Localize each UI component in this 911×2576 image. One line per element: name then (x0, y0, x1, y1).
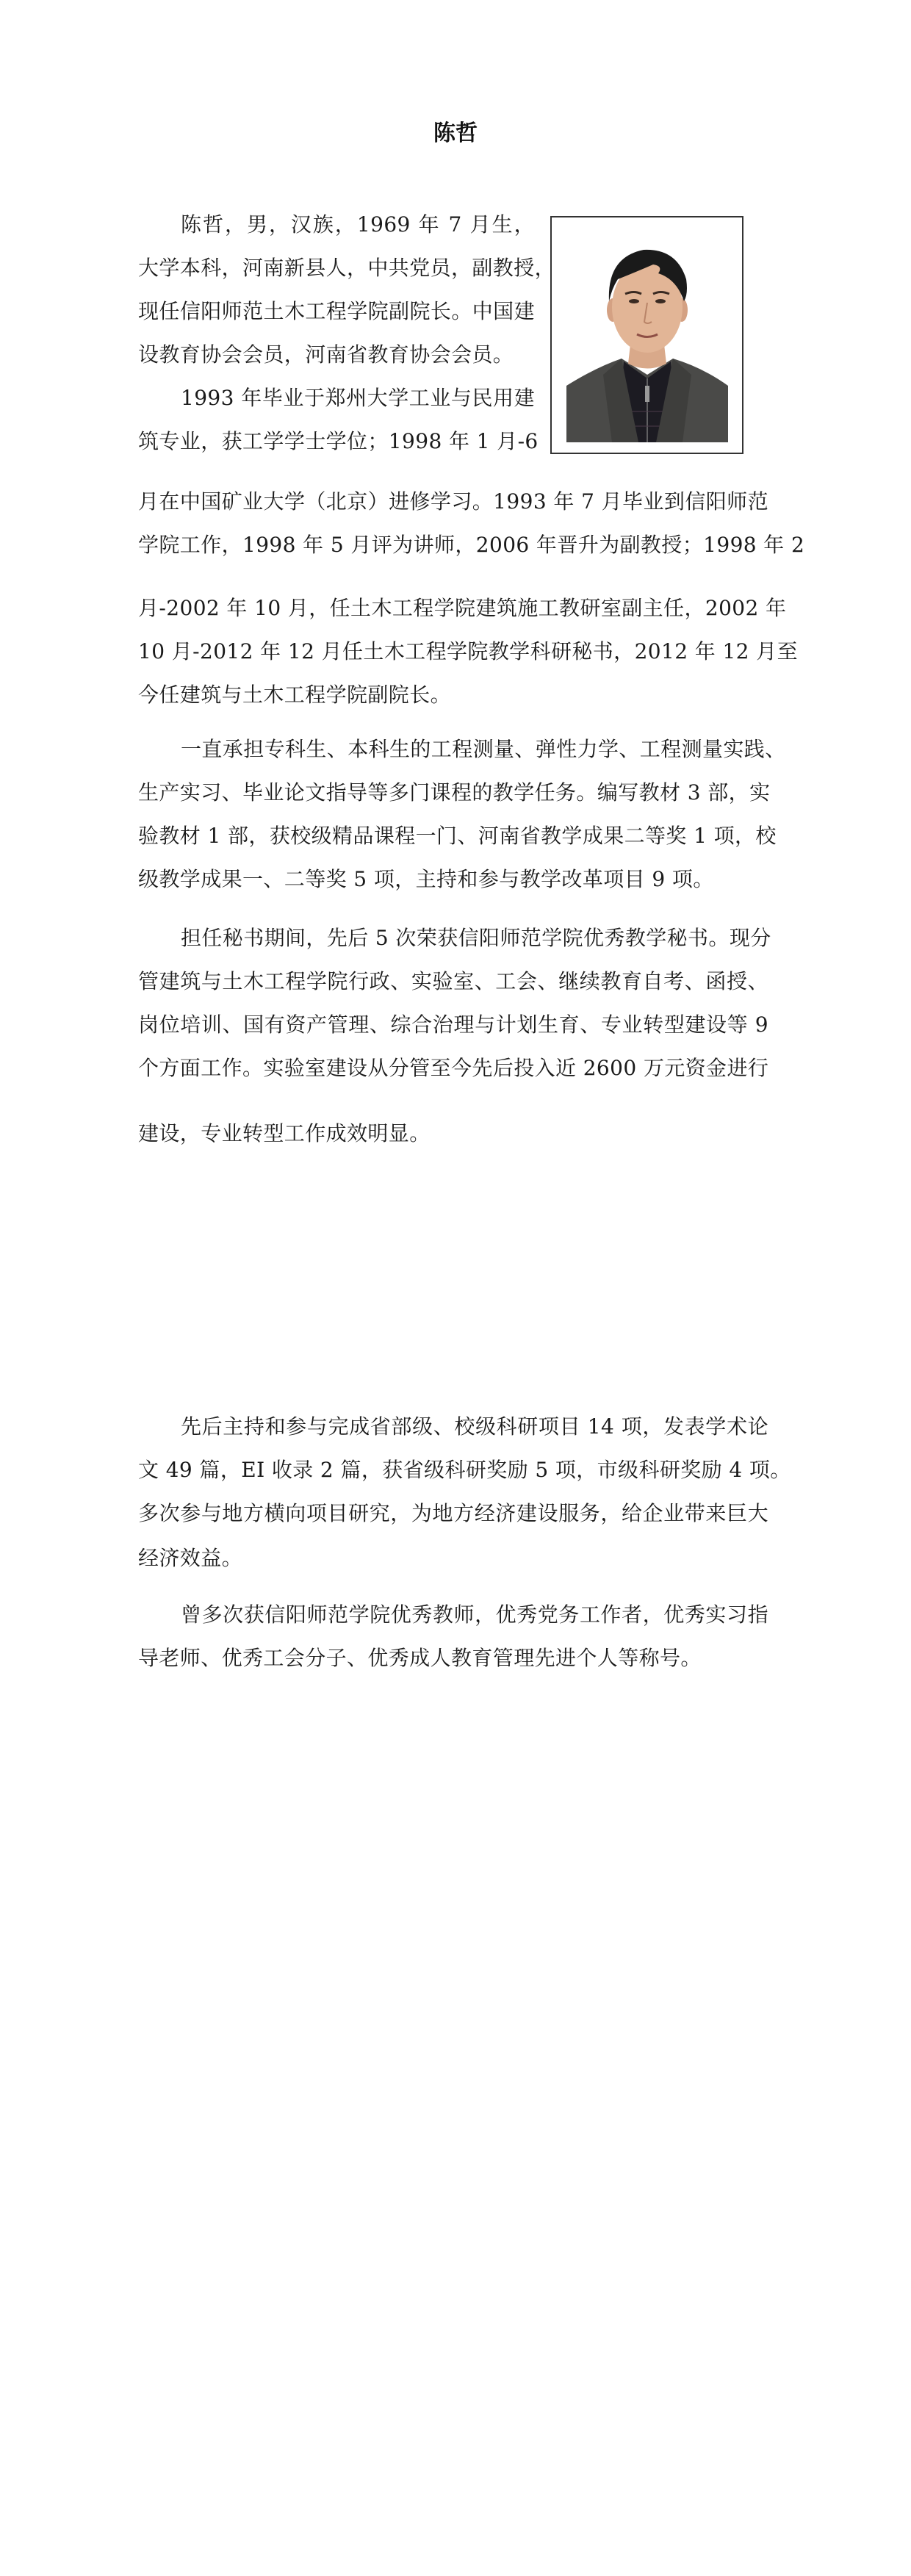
paragraph-admin-line: 担任秘书期间，先后 5 次荣获信阳师范学院优秀教学秘书。现分 (181, 924, 768, 953)
paragraph-teaching-line: 验教材 1 部，获校级精品课程一门、河南省教学成果二等奖 1 项，校 (138, 821, 768, 851)
paragraph-research-line: 文 49 篇，EI 收录 2 篇，获省级科研奖励 5 项，市级科研奖励 4 项。 (138, 1456, 768, 1485)
paragraph-career-line: 筑专业，获工学学士学位；1998 年 1 月-6 (138, 427, 535, 456)
paragraph-career-line: 学院工作，1998 年 5 月评为讲师，2006 年晋升为副教授；1998 年 … (138, 530, 768, 560)
paragraph-admin-line: 岗位培训、国有资产管理、综合治理与计划生育、专业转型建设等 9 (138, 1010, 768, 1040)
paragraph-career-line: 月-2002 年 10 月，任土木工程学院建筑施工教研室副主任，2002 年 (138, 594, 768, 623)
portrait-photo-frame (550, 216, 743, 454)
paragraph-teaching-line: 一直承担专科生、本科生的工程测量、弹性力学、工程测量实践、 (181, 735, 768, 764)
document-page: 陈哲 (0, 0, 911, 2576)
paragraph-intro-line: 陈哲，男，汉族，1969 年 7 月生， (181, 210, 535, 240)
portrait-photo (566, 228, 728, 442)
paragraph-career-line: 1993 年毕业于郑州大学工业与民用建 (181, 384, 535, 413)
paragraph-career-line: 今任建筑与土木工程学院副院长。 (138, 680, 768, 710)
portrait-image-icon (566, 228, 728, 442)
paragraph-intro-line: 设教育协会会员，河南省教育协会会员。 (138, 340, 535, 370)
paragraph-admin-line: 建设，专业转型工作成效明显。 (138, 1119, 768, 1148)
paragraph-intro-line: 现任信阳师范土木工程学院副院长。中国建 (138, 297, 535, 326)
page-title: 陈哲 (0, 118, 911, 150)
paragraph-career-line: 10 月-2012 年 12 月任土木工程学院教学科研秘书，2012 年 12 … (138, 637, 768, 666)
paragraph-teaching-line: 级教学成果一、二等奖 5 项，主持和参与教学改革项目 9 项。 (138, 865, 768, 894)
paragraph-honors-line: 曾多次获信阳师范学院优秀教师，优秀党务工作者，优秀实习指 (181, 1600, 768, 1630)
paragraph-teaching-line: 生产实习、毕业论文指导等多门课程的教学任务。编写教材 3 部，实 (138, 778, 768, 807)
paragraph-research-line: 多次参与地方横向项目研究，为地方经济建设服务，给企业带来巨大 (138, 1499, 768, 1528)
paragraph-intro-line: 大学本科，河南新县人，中共党员，副教授， (138, 253, 535, 283)
paragraph-admin-line: 个方面工作。实验室建设从分管至今先后投入近 2600 万元资金进行 (138, 1054, 768, 1083)
paragraph-research-line: 经济效益。 (138, 1544, 768, 1573)
paragraph-research-line: 先后主持和参与完成省部级、校级科研项目 14 项，发表学术论 (181, 1412, 768, 1442)
paragraph-admin-line: 管建筑与土木工程学院行政、实验室、工会、继续教育自考、函授、 (138, 967, 768, 996)
paragraph-career-line: 月在中国矿业大学（北京）进修学习。1993 年 7 月毕业到信阳师范 (138, 487, 768, 517)
paragraph-honors-line: 导老师、优秀工会分子、优秀成人教育管理先进个人等称号。 (138, 1644, 768, 1673)
